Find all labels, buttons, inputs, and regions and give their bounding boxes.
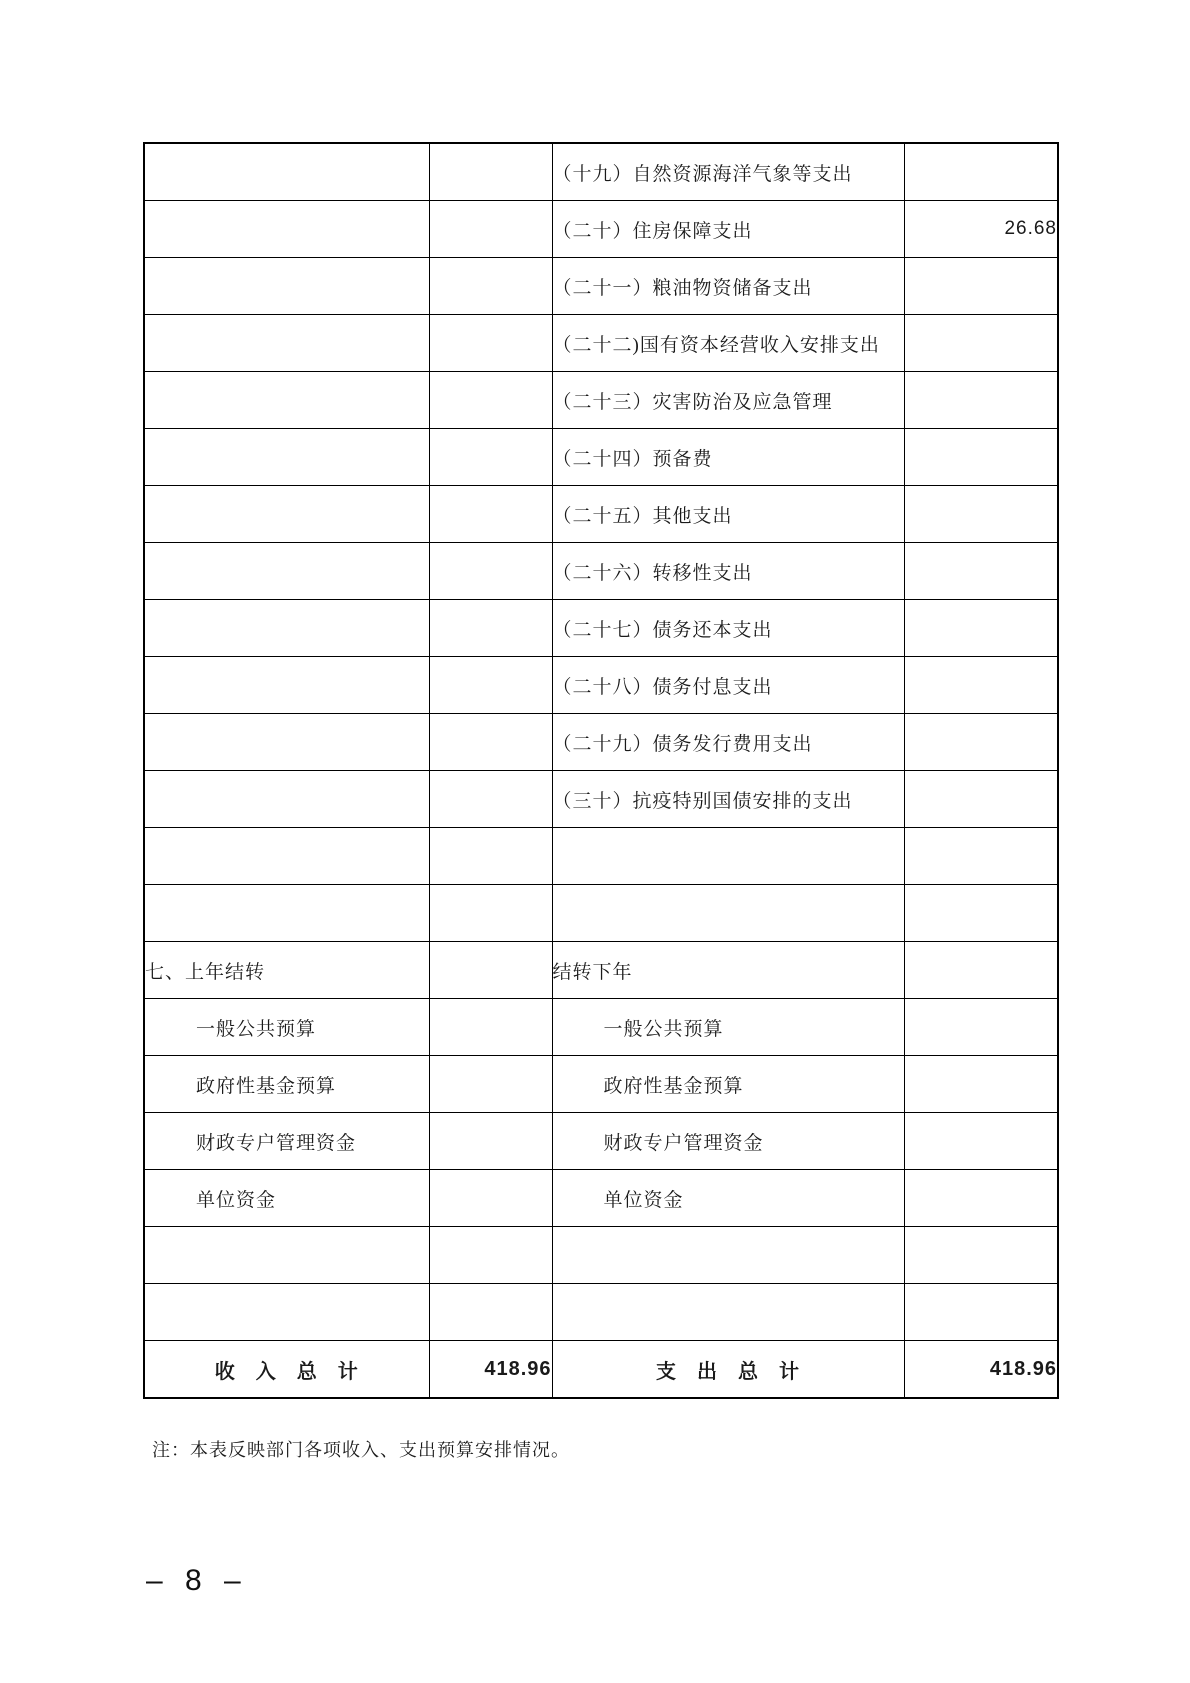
table-row: （二十）住房保障支出26.68 (144, 201, 1058, 258)
expenditure-item-cell: （二十四）预备费 (552, 429, 904, 486)
table-row: （二十九）债务发行费用支出 (144, 714, 1058, 771)
table-row (144, 828, 1058, 885)
expenditure-item-cell: 单位资金 (552, 1170, 904, 1227)
income-item-cell (144, 543, 429, 600)
expenditure-item-cell: （二十五）其他支出 (552, 486, 904, 543)
expenditure-amount-cell (904, 942, 1058, 999)
expenditure-amount-cell (904, 486, 1058, 543)
income-total-label: 收 入 总 计 (144, 1341, 429, 1399)
income-item-cell (144, 828, 429, 885)
expenditure-amount-cell (904, 657, 1058, 714)
income-amount-cell (429, 657, 552, 714)
table-row: （二十四）预备费 (144, 429, 1058, 486)
expenditure-item-cell: （二十八）债务付息支出 (552, 657, 904, 714)
expenditure-amount-cell (904, 771, 1058, 828)
table-row (144, 1227, 1058, 1284)
expenditure-amount-cell (904, 543, 1058, 600)
expenditure-item-cell: 政府性基金预算 (552, 1056, 904, 1113)
income-item-cell (144, 429, 429, 486)
income-amount-cell (429, 999, 552, 1056)
expenditure-item-cell: （二十）住房保障支出 (552, 201, 904, 258)
income-item-cell (144, 771, 429, 828)
income-item-cell (144, 201, 429, 258)
budget-table: （十九）自然资源海洋气象等支出（二十）住房保障支出26.68（二十一）粮油物资储… (143, 142, 1059, 1399)
income-item-cell (144, 486, 429, 543)
income-total-amount: 418.96 (429, 1341, 552, 1399)
income-item-cell (144, 258, 429, 315)
expenditure-item-cell: 财政专户管理资金 (552, 1113, 904, 1170)
expenditure-amount-cell (904, 429, 1058, 486)
expenditure-amount-cell (904, 1113, 1058, 1170)
income-amount-cell (429, 258, 552, 315)
budget-table-body: （十九）自然资源海洋气象等支出（二十）住房保障支出26.68（二十一）粮油物资储… (144, 143, 1058, 1398)
income-item-cell (144, 714, 429, 771)
income-item-cell (144, 600, 429, 657)
expenditure-amount-cell (904, 1227, 1058, 1284)
income-item-cell (144, 1284, 429, 1341)
table-row: 政府性基金预算政府性基金预算 (144, 1056, 1058, 1113)
table-row: （二十六）转移性支出 (144, 543, 1058, 600)
expenditure-amount-cell (904, 1170, 1058, 1227)
table-row (144, 885, 1058, 942)
expenditure-item-cell: 结转下年 (552, 942, 904, 999)
expenditure-item-cell: （二十六）转移性支出 (552, 543, 904, 600)
table-row: （十九）自然资源海洋气象等支出 (144, 143, 1058, 201)
income-amount-cell (429, 315, 552, 372)
expenditure-item-cell: （二十七）债务还本支出 (552, 600, 904, 657)
income-amount-cell (429, 543, 552, 600)
expenditure-item-cell (552, 828, 904, 885)
income-amount-cell (429, 1113, 552, 1170)
expenditure-amount-cell (904, 828, 1058, 885)
expenditure-amount-cell (904, 999, 1058, 1056)
income-amount-cell (429, 1284, 552, 1341)
income-amount-cell (429, 372, 552, 429)
income-item-cell: 一般公共预算 (144, 999, 429, 1056)
income-amount-cell (429, 1227, 552, 1284)
income-item-cell (144, 885, 429, 942)
expenditure-item-cell: （二十二)国有资本经营收入安排支出 (552, 315, 904, 372)
income-item-cell: 七、上年结转 (144, 942, 429, 999)
table-row: 单位资金单位资金 (144, 1170, 1058, 1227)
table-row: （二十一）粮油物资储备支出 (144, 258, 1058, 315)
expenditure-item-cell (552, 885, 904, 942)
income-amount-cell (429, 828, 552, 885)
expenditure-item-cell: 一般公共预算 (552, 999, 904, 1056)
income-item-cell (144, 1227, 429, 1284)
income-amount-cell (429, 885, 552, 942)
table-row: （二十三）灾害防治及应急管理 (144, 372, 1058, 429)
table-row: （二十五）其他支出 (144, 486, 1058, 543)
table-row: 财政专户管理资金财政专户管理资金 (144, 1113, 1058, 1170)
income-amount-cell (429, 143, 552, 201)
document-page: （十九）自然资源海洋气象等支出（二十）住房保障支出26.68（二十一）粮油物资储… (0, 0, 1190, 1683)
income-amount-cell (429, 942, 552, 999)
expenditure-amount-cell: 26.68 (904, 201, 1058, 258)
income-amount-cell (429, 429, 552, 486)
income-item-cell: 单位资金 (144, 1170, 429, 1227)
expenditure-item-cell: （二十一）粮油物资储备支出 (552, 258, 904, 315)
income-item-cell (144, 657, 429, 714)
table-row: （三十）抗疫特别国债安排的支出 (144, 771, 1058, 828)
table-row: 七、上年结转结转下年 (144, 942, 1058, 999)
expenditure-item-cell: （三十）抗疫特别国债安排的支出 (552, 771, 904, 828)
table-row: （二十八）债务付息支出 (144, 657, 1058, 714)
income-item-cell (144, 372, 429, 429)
expenditure-amount-cell (904, 714, 1058, 771)
income-item-cell (144, 315, 429, 372)
expenditure-amount-cell (904, 143, 1058, 201)
table-row: （二十二)国有资本经营收入安排支出 (144, 315, 1058, 372)
table-row: 一般公共预算一般公共预算 (144, 999, 1058, 1056)
income-amount-cell (429, 1056, 552, 1113)
table-row (144, 1284, 1058, 1341)
expenditure-item-cell (552, 1227, 904, 1284)
income-item-cell: 政府性基金预算 (144, 1056, 429, 1113)
income-amount-cell (429, 486, 552, 543)
expenditure-amount-cell (904, 600, 1058, 657)
income-amount-cell (429, 714, 552, 771)
income-amount-cell (429, 600, 552, 657)
expenditure-amount-cell (904, 258, 1058, 315)
expenditure-amount-cell (904, 1056, 1058, 1113)
table-note: 注：本表反映部门各项收入、支出预算安排情况。 (152, 1436, 570, 1462)
expenditure-item-cell: （十九）自然资源海洋气象等支出 (552, 143, 904, 201)
expenditure-amount-cell (904, 885, 1058, 942)
income-amount-cell (429, 1170, 552, 1227)
expenditure-amount-cell (904, 315, 1058, 372)
expenditure-total-label: 支 出 总 计 (552, 1341, 904, 1399)
expenditure-amount-cell (904, 372, 1058, 429)
income-item-cell (144, 143, 429, 201)
expenditure-item-cell: （二十三）灾害防治及应急管理 (552, 372, 904, 429)
expenditure-item-cell: （二十九）债务发行费用支出 (552, 714, 904, 771)
total-row: 收 入 总 计418.96支 出 总 计418.96 (144, 1341, 1058, 1399)
expenditure-item-cell (552, 1284, 904, 1341)
expenditure-amount-cell (904, 1284, 1058, 1341)
page-number: – 8 – (146, 1564, 241, 1598)
income-amount-cell (429, 771, 552, 828)
income-item-cell: 财政专户管理资金 (144, 1113, 429, 1170)
expenditure-total-amount: 418.96 (904, 1341, 1058, 1399)
table-row: （二十七）债务还本支出 (144, 600, 1058, 657)
income-amount-cell (429, 201, 552, 258)
